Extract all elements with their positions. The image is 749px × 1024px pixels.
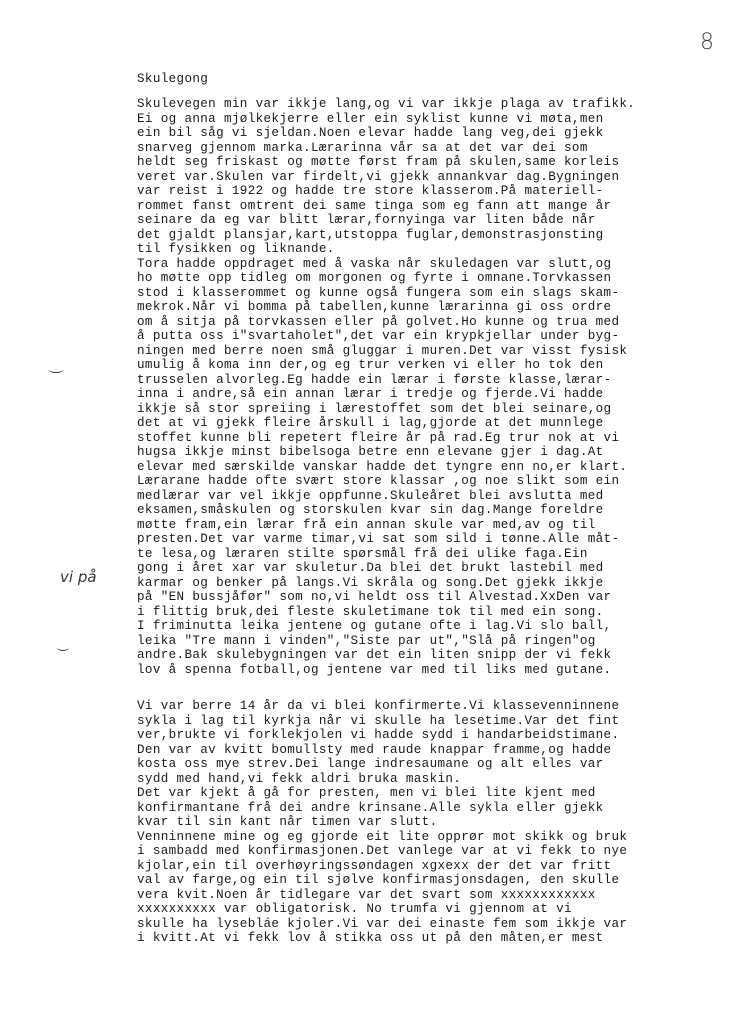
text-line: inna i andre,så ein annan lærar i tredje… <box>137 387 635 402</box>
text-line: Ei og anna mjølkekjerre eller ein syklis… <box>137 112 635 127</box>
margin-mark <box>48 366 64 373</box>
text-line: Tora hadde oppdraget med å vaska når sku… <box>137 257 635 272</box>
text-line: mekrok.Når vi bomma på tabellen,kunne læ… <box>137 300 635 315</box>
text-line: ho møtte opp tidleg om morgonen og fyrte… <box>137 271 635 286</box>
text-line: medlærar var vel ikkje oppfunne.Skuleåre… <box>137 489 635 504</box>
text-line: om å sitja på torvkassen eller på golvet… <box>137 315 635 330</box>
text-line: xxxxxxxxxx var obligatorisk. No trumfa v… <box>137 902 627 917</box>
text-line: stoffet kunne bli repetert fleire år på … <box>137 431 635 446</box>
text-line: konfirmantane frå dei andre krinsane.All… <box>137 801 627 816</box>
text-line: seinare da eg var blitt lærar,fornyinga … <box>137 213 635 228</box>
text-line: snarveg gjennom marka.Lærarinna vår sa a… <box>137 141 635 156</box>
text-line: trusselen alvorleg.Eg hadde ein lærar i … <box>137 373 635 388</box>
body-text-block-1: Skulevegen min var ikkje lang,og vi var … <box>137 97 635 677</box>
text-line: I friminutta leika jentene og gutane oft… <box>137 619 635 634</box>
text-line: hugsa ikkje minst bibelsoga betre enn el… <box>137 445 635 460</box>
text-line: kvar til sin kant når timen var slutt. <box>137 815 627 830</box>
text-line: var reist i 1922 og hadde tre store klas… <box>137 184 635 199</box>
text-line: vera kvit.Noen år tidlegare var det svar… <box>137 888 627 903</box>
text-line: Lærarane hadde ofte svært store klassar … <box>137 474 635 489</box>
text-line: lov å spenna fotball,og jentene var med … <box>137 663 635 678</box>
text-line: Venninnene mine og eg gjorde eit lite op… <box>137 830 627 845</box>
text-line: leika "Tre mann i vinden","Siste par ut"… <box>137 634 635 649</box>
text-line: karmar og benker på langs.Vi skråla og s… <box>137 576 635 591</box>
text-line: elevar med særskilde vanskar hadde det t… <box>137 460 635 475</box>
margin-mark <box>57 644 69 651</box>
text-line: umulig å koma inn der,og eg trur verken … <box>137 358 635 373</box>
text-line: veret var.Skulen var firdelt,vi gjekk an… <box>137 170 635 185</box>
text-line: kosta oss mye strev.Dei lange indresauma… <box>137 757 627 772</box>
text-line: ver,brukte vi forklekjolen vi hadde sydd… <box>137 728 627 743</box>
text-line: ikkje så stor spreiing i lærestoffet som… <box>137 402 635 417</box>
text-line: te lesa,og læraren stilte spørsmål frå d… <box>137 547 635 562</box>
text-line: Skulevegen min var ikkje lang,og vi var … <box>137 97 635 112</box>
text-line: presten.Det var varme timar,vi sat som s… <box>137 532 635 547</box>
text-line: Det var kjekt å gå for presten, men vi b… <box>137 786 627 801</box>
text-line: sydd med hand,vi fekk aldri bruka maskin… <box>137 772 627 787</box>
text-line: det gjaldt plansjar,kart,utstoppa fuglar… <box>137 228 635 243</box>
text-line: møtte fram,ein lærar frå ein annan skule… <box>137 518 635 533</box>
text-line: eksamen,småskulen og storskulen kvar sin… <box>137 503 635 518</box>
text-line: i sambadd med konfirmasjonen.Det vanlege… <box>137 844 627 859</box>
text-line: skulle ha lysebláe kjoler.Vi var dei ein… <box>137 917 627 932</box>
text-line: til fysikken og liknande. <box>137 242 635 257</box>
text-line: andre.Bak skulebygningen var det ein lit… <box>137 648 635 663</box>
text-line: sykla i lag til kyrkja når vi skulle ha … <box>137 714 627 729</box>
body-text-block-2: Vi var berre 14 år da vi blei konfirmert… <box>137 699 627 946</box>
margin-note-handwritten: vi på <box>60 568 97 586</box>
text-line: rommet fanst omtrent dei same tinga som … <box>137 199 635 214</box>
text-line: val av farge,og ein til sjølve konfirmas… <box>137 873 627 888</box>
text-line: heldt seg friskast og møtte først fram p… <box>137 155 635 170</box>
text-line: ningen med berre noen små gluggar i mure… <box>137 344 635 359</box>
text-line: i kvitt.At vi fekk lov å stikka oss ut p… <box>137 931 627 946</box>
text-line: kjolar,ein til overhøyringssøndagen xgxe… <box>137 859 627 874</box>
document-title: Skulegong <box>137 72 208 86</box>
text-line: stod i klasserommet og kunne også funger… <box>137 286 635 301</box>
page-number: 8 <box>700 30 714 55</box>
text-line: ein bil såg vi sjeldan.Noen elevar hadde… <box>137 126 635 141</box>
text-line: i flittig bruk,dei fleste skuletimane to… <box>137 605 635 620</box>
text-line: Den var av kvitt bomullsty med raude kna… <box>137 743 627 758</box>
text-line: på "EN bussjåfør" som no,vi heldt oss ti… <box>137 590 635 605</box>
text-line: gong i året xar var skuletur.Da blei det… <box>137 561 635 576</box>
text-line: det at vi gjekk fleire årskull i lag,gjo… <box>137 416 635 431</box>
text-line: å putta oss i"svartaholet",det var ein k… <box>137 329 635 344</box>
text-line: Vi var berre 14 år da vi blei konfirmert… <box>137 699 627 714</box>
